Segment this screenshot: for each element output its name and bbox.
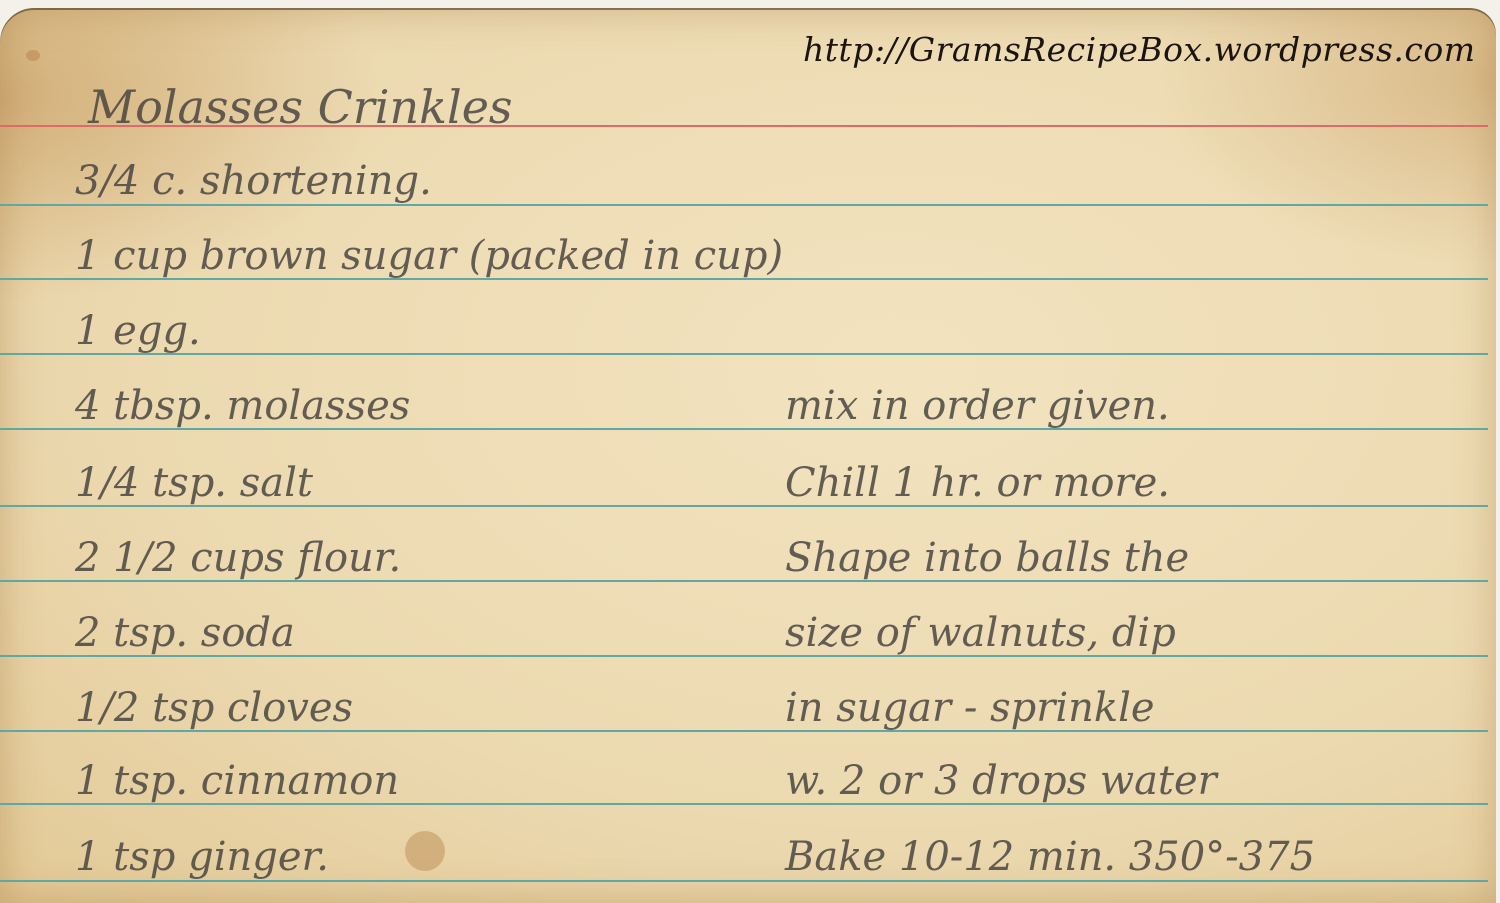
direction-line: size of walnuts, dip <box>785 610 1176 656</box>
ingredient-line: 1 egg. <box>75 308 201 354</box>
blue-rule <box>0 204 1488 206</box>
direction-line: in sugar - sprinkle <box>785 685 1155 731</box>
ingredient-line: 1 tsp. cinnamon <box>75 758 399 804</box>
direction-line: mix in order given. <box>785 383 1170 429</box>
direction-line: w. 2 or 3 drops water <box>785 758 1217 804</box>
blue-rule <box>0 353 1488 355</box>
stain <box>405 831 445 871</box>
stain <box>26 50 40 61</box>
direction-line: Chill 1 hr. or more. <box>785 460 1170 506</box>
blue-rule <box>0 880 1488 882</box>
ingredient-line: 4 tbsp. molasses <box>75 383 410 429</box>
ingredient-line: 1 cup brown sugar (packed in cup) <box>75 233 783 279</box>
ingredient-line: 2 1/2 cups flour. <box>75 535 401 581</box>
ingredient-line: 2 tsp. soda <box>75 610 295 656</box>
ingredient-line: 1 tsp ginger. <box>75 834 329 880</box>
ingredient-line: 1/2 tsp cloves <box>75 685 353 731</box>
ingredient-line: 3/4 c. shortening. <box>75 158 432 204</box>
watermark-url: http://GramsRecipeBox.wordpress.com <box>803 30 1476 69</box>
ingredient-line: 1/4 tsp. salt <box>75 460 313 506</box>
direction-line: Bake 10-12 min. 350°-375 <box>785 834 1315 880</box>
direction-line: Shape into balls the <box>785 535 1189 581</box>
recipe-card: http://GramsRecipeBox.wordpress.com Mola… <box>0 8 1496 903</box>
recipe-title: Molasses Crinkles <box>88 80 513 134</box>
